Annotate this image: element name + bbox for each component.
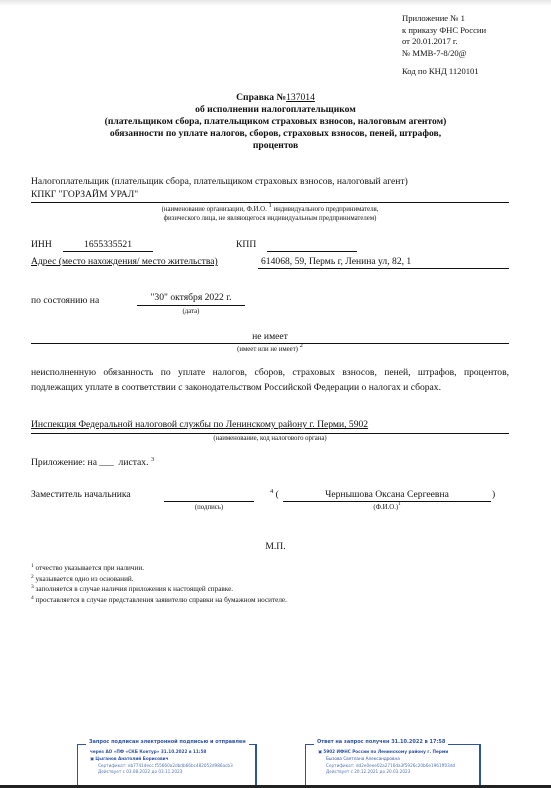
hint-text: (Ф.И.О.) <box>373 504 398 511</box>
paren: ) <box>492 489 495 500</box>
response-signature-stamp: Ответ на запрос получен 31.10.2022 в 17:… <box>305 744 481 788</box>
hint-text: физического лица, не являющегося индивид… <box>31 214 509 223</box>
address-label: Адрес (место нахождения/ место жительств… <box>31 256 218 267</box>
title-prefix: Справка № <box>236 92 286 103</box>
seal-mark: М.П. <box>0 541 551 552</box>
appendix-line: от 20.01.2017 г. <box>402 36 486 48</box>
footnote-number: 1 <box>31 563 34 569</box>
certificate-number: 137014 <box>286 92 315 103</box>
footnotes: 1 отчество указывается при наличии. 2 ук… <box>31 563 287 605</box>
footnote-ref: 2 <box>300 342 303 349</box>
attachment-prefix: Приложение: на <box>31 457 97 468</box>
stamp-signer: ▣ Цыганов Анатолий Борисович <box>90 756 168 762</box>
stamp-header-line: Запрос подписан электронной подписью и о… <box>89 739 246 745</box>
title-line: об исполнении налогоплательщиком <box>0 104 551 116</box>
signer-name-line <box>283 501 491 502</box>
as-of-line <box>137 305 245 306</box>
footnote-ref: 3 <box>151 456 154 463</box>
footnote-text: проставляется в случае представления зая… <box>36 596 287 604</box>
title-line: процентов <box>0 140 551 152</box>
stamp-signer: Бызова Светлана Александровна <box>326 756 400 762</box>
stamp-header: Запрос подписан электронной подписью и о… <box>86 739 249 745</box>
stamp-org-name: 5902 ИФНС России по Ленинскому району г.… <box>323 749 448 754</box>
footnote: 4 проставляется в случае представления з… <box>31 595 287 606</box>
attachment-line: Приложение: на ___ листах. 3 <box>31 457 154 468</box>
document-title: Справка №137014 <box>0 92 551 104</box>
attachment-blank: ___ <box>99 457 113 468</box>
stamp-header-line: через АО «ПФ «СКБ Контур» 31.10.2022 в 1… <box>90 749 206 755</box>
inn-value: 1655335521 <box>63 239 153 250</box>
appendix-line: к приказу ФНС России <box>402 25 486 37</box>
obligation-text: неисполненную обязанность по уплате нало… <box>31 366 509 395</box>
kpp-label: КПП <box>236 239 256 250</box>
debt-status-hint: (имеет или не имеет) 2 <box>31 345 509 354</box>
signer-name-hint: (Ф.И.О.)1 <box>283 503 491 512</box>
footnote-number: 3 <box>31 584 34 590</box>
address-value: 614068, 59, Пермь г, Ленина ул, 82, 1 <box>261 256 411 267</box>
appendix-line: Приложение № 1 <box>402 13 486 25</box>
footnote: 2 указывается одно из оснований. <box>31 574 287 585</box>
stamp-validity: Действует с 03.08.2022 до 03.11.2023 <box>98 769 182 775</box>
signer-position: Заместитель начальника <box>31 489 131 500</box>
title-line: обязанности по уплате налогов, сборов, с… <box>0 128 551 140</box>
title-line: (плательщиком сбора, плательщиком страхо… <box>0 116 551 128</box>
as-of-label: по состоянию на <box>31 295 99 306</box>
tax-authority: Инспекция Федеральной налоговой службы п… <box>31 419 368 430</box>
as-of-hint: (дата) <box>137 307 245 316</box>
footnote-text: указывается одно из оснований. <box>36 575 134 583</box>
stamp-signer-name: Цыганов Анатолий Борисович <box>95 756 168 761</box>
debt-status: не имеет <box>31 331 509 342</box>
taxpayer-hint: (наименование организации, Ф.И.О. 1 инди… <box>31 205 509 224</box>
footnote-text: отчество указывается при наличии. <box>36 564 144 572</box>
hint-text: (наименование организации, Ф.И.О. <box>162 206 267 213</box>
stamp-validity: Действует с 20.12.2021 до 20.03.2023 <box>326 769 410 775</box>
footnote-number: 4 <box>31 595 34 601</box>
page-top-shadow <box>0 0 551 6</box>
inn-label: ИНН <box>31 239 52 250</box>
signer-name: Чернышова Оксана Сергеевна <box>283 489 491 500</box>
request-signature-stamp: Запрос подписан электронной подписью и о… <box>77 744 257 788</box>
footnote: 1 отчество указывается при наличии. <box>31 563 287 574</box>
debt-status-line <box>31 343 509 344</box>
footnote-ref: 1 <box>268 202 271 209</box>
appendix-line: № ММВ-7-8/20@ <box>402 48 486 60</box>
hint-text: (имеет или не имеет) <box>237 346 298 353</box>
footnote-text: заполняется в случае наличия приложения … <box>36 585 234 593</box>
taxpayer-label: Налогоплательщик (плательщик сбора, плат… <box>31 176 408 187</box>
as-of-date: "30" октября 2022 г. <box>137 292 245 303</box>
stamp-org: ▣ 5902 ИФНС России по Ленинскому району … <box>318 749 448 755</box>
footnote-number: 2 <box>31 574 34 580</box>
attachment-suffix: листах. <box>119 457 149 468</box>
signature-line <box>164 501 254 502</box>
signature-footnote: 4 ( <box>270 489 279 500</box>
knd-code: Код по КНД 1120101 <box>402 66 479 76</box>
inn-line <box>63 251 153 252</box>
appendix-reference: Приложение № 1 к приказу ФНС России от 2… <box>402 13 486 59</box>
tax-authority-hint: (наименование, код налогового органа) <box>31 434 509 443</box>
footnote-ref: 4 <box>270 488 273 495</box>
taxpayer-name: КПКГ "ГОРЗАЙМ УРАЛ" <box>31 189 138 200</box>
paren: ( <box>276 489 279 500</box>
footnote: 3 заполняется в случае наличия приложени… <box>31 584 287 595</box>
address-line <box>258 268 509 269</box>
footnote-ref: 1 <box>398 502 401 507</box>
kpp-line <box>267 251 357 252</box>
hint-text: индивидуального предпринимателя, <box>273 206 378 213</box>
stamp-header: Ответ на запрос получен 31.10.2022 в 17:… <box>314 739 448 745</box>
signature-hint: (подпись) <box>164 503 254 512</box>
